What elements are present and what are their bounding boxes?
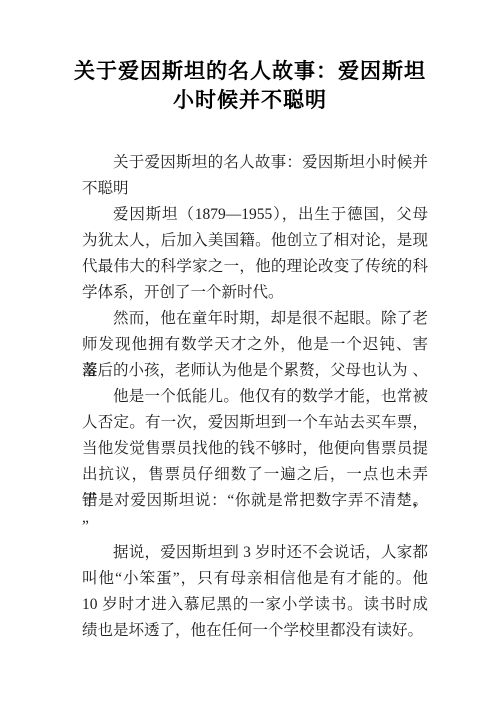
text-line: 不聪明 — [82, 176, 428, 202]
text-line: 叫他“小笨蛋”，只有母亲相信他是有才能的。他 — [82, 566, 428, 592]
text-line: 为犹太人，后加入美国籍。他创立了相对论，是现 — [82, 228, 428, 254]
document-title-line2: 小时候并不聪明 — [30, 86, 470, 115]
text-line: 他是一个低能儿。他仅有的数学才能，也常被 — [82, 384, 428, 410]
document-title-line1: 关于爱因斯坦的名人故事：爱因斯坦 — [30, 57, 470, 86]
text-line: 当他发觉售票员找他的钱不够时，他便向售票员提 — [82, 436, 428, 462]
text-line: 人否定。有一次，爱因斯坦到一个车站去买车票， — [82, 410, 428, 436]
text-line: 学体系，开创了一个新时代。 — [82, 280, 428, 306]
paragraph: 他是一个低能儿。他仅有的数学才能，也常被人否定。有一次，爱因斯坦到一个车站去买车… — [82, 384, 428, 540]
text-line: 师发现他拥有数学天才之外，他是一个迟钝、害羞、 — [82, 332, 428, 358]
paragraph: 然而，他在童年时期，却是很不起眼。除了老师发现他拥有数学天才之外，他是一个迟钝、… — [82, 306, 428, 384]
paragraph: 爱因斯坦（1879—1955），出生于德国，父母为犹太人，后加入美国籍。他创立了… — [82, 202, 428, 306]
text-line: 绩也是坏透了，他在任何一个学校里都没有读好。 — [82, 618, 428, 644]
paragraph: 据说，爱因斯坦到 3 岁时还不会说话，人家都叫他“小笨蛋”，只有母亲相信他是有才… — [82, 540, 428, 644]
text-line: 代最伟大的科学家之一，他的理论改变了传统的科 — [82, 254, 428, 280]
text-line: 落后的小孩，老师认为他是个累赘，父母也认为 — [82, 358, 428, 384]
document-title: 关于爱因斯坦的名人故事：爱因斯坦 小时候并不聪明 — [30, 57, 470, 115]
text-line: 据说，爱因斯坦到 3 岁时还不会说话，人家都 — [82, 540, 428, 566]
document-page: 关于爱因斯坦的名人故事：爱因斯坦 小时候并不聪明 关于爱因斯坦的名人故事：爱因斯… — [0, 0, 500, 707]
text-line: 出抗议，售票员仔细数了一遍之后，一点也未弄错， — [82, 462, 428, 488]
text-line: 于是对爱因斯坦说：“你就是常把数字弄不清楚。 — [82, 488, 428, 514]
text-line: 10 岁时才进入慕尼黑的一家小学读书。读书时成 — [82, 592, 428, 618]
text-line: 然而，他在童年时期，却是很不起眼。除了老 — [82, 306, 428, 332]
paragraph: 关于爱因斯坦的名人故事：爱因斯坦小时候并不聪明 — [82, 150, 428, 202]
text-line: ” — [82, 514, 428, 540]
text-line: 爱因斯坦（1879—1955），出生于德国，父母 — [82, 202, 428, 228]
text-line: 关于爱因斯坦的名人故事：爱因斯坦小时候并 — [82, 150, 428, 176]
document-body: 关于爱因斯坦的名人故事：爱因斯坦小时候并不聪明爱因斯坦（1879—1955），出… — [82, 150, 428, 644]
